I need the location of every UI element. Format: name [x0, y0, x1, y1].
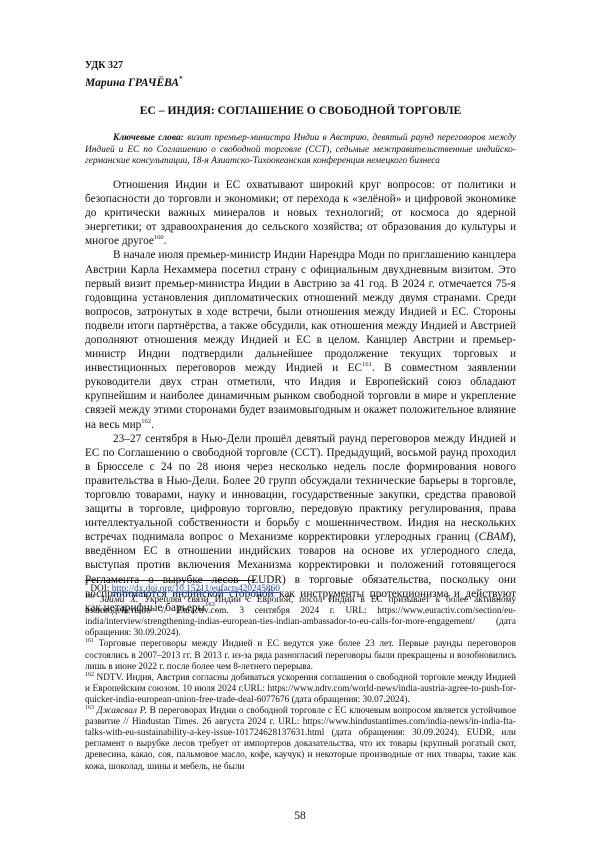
- footnote-ref-162[interactable]: 162: [141, 418, 151, 425]
- footnote-text: В переговорах Индии о свободной торговле…: [85, 706, 516, 771]
- footnote-number: 160: [85, 594, 94, 600]
- footnotes: * DOI: http://dx.doi.org/10.15211/eufact…: [85, 584, 516, 773]
- author-text: Марина ГРАЧЁВА: [85, 77, 179, 89]
- footnote-divider: [85, 580, 255, 581]
- footnote-162: 162 NDTV. Индия, Австрия согласны добива…: [85, 673, 516, 706]
- footnote-163: 163 Джаясвал Р. В переговорах Индии о св…: [85, 706, 516, 773]
- footnote-author: Займи Х.: [100, 595, 138, 605]
- udk-code: УДК 327: [85, 60, 516, 72]
- page-number: 58: [0, 810, 600, 822]
- paragraph-text: 23–27 сентября в Нью-Дели прошёл девятый…: [85, 433, 516, 544]
- article-body: Отношения Индии и ЕС охватывают широкий …: [85, 178, 516, 615]
- author-name: Марина ГРАЧЁВА*: [85, 72, 516, 90]
- paragraph-end: .: [164, 235, 167, 247]
- footnote-author: Джаясвал Р.: [97, 706, 147, 716]
- doi-link[interactable]: http://dx.doi.org/10.15211/eufacts420245…: [112, 584, 280, 594]
- footnote-161: 161 Торговые переговоры между Индией и Е…: [85, 639, 516, 672]
- footnote-ref-160[interactable]: 160: [154, 235, 164, 242]
- author-footnote-mark[interactable]: *: [179, 75, 183, 83]
- footnote-number: 163: [85, 705, 94, 711]
- footnote-doi: * DOI: http://dx.doi.org/10.15211/eufact…: [85, 584, 516, 595]
- doi-label: DOI:: [88, 584, 112, 594]
- keywords-label: Ключевые слова:: [113, 133, 184, 143]
- article-title: ЕС – ИНДИЯ: СОГЛАШЕНИЕ О СВОБОДНОЙ ТОРГО…: [85, 104, 516, 118]
- footnote-text: Укрепляя связи Индии с Европой, посол Ин…: [85, 595, 516, 638]
- cbam-abbrev: CBAM: [479, 531, 510, 543]
- footnote-text: NDTV. Индия, Австрия согласны добиваться…: [85, 673, 516, 705]
- keywords: Ключевые слова: визит премьер-министра И…: [85, 133, 516, 168]
- footnote-160: 160 Займи Х. Укрепляя связи Индии с Евро…: [85, 595, 516, 639]
- paragraph-end: .: [151, 419, 154, 431]
- paragraph-1: Отношения Индии и ЕС охватывают широкий …: [85, 178, 516, 248]
- footnote-ref-161[interactable]: 161: [362, 361, 372, 368]
- paragraph-text: В начале июля премьер-министр Индии Наре…: [85, 249, 516, 374]
- paragraph-2: В начале июля премьер-министр Индии Наре…: [85, 248, 516, 431]
- footnote-text: Торговые переговоры между Индией и ЕС ве…: [85, 639, 516, 671]
- paragraph-text: Отношения Индии и ЕС охватывают широкий …: [85, 179, 516, 247]
- page-content: УДК 327 Марина ГРАЧЁВА* ЕС – ИНДИЯ: СОГЛ…: [85, 60, 516, 615]
- footnote-number: 162: [85, 672, 94, 678]
- footnote-number: 161: [85, 638, 94, 644]
